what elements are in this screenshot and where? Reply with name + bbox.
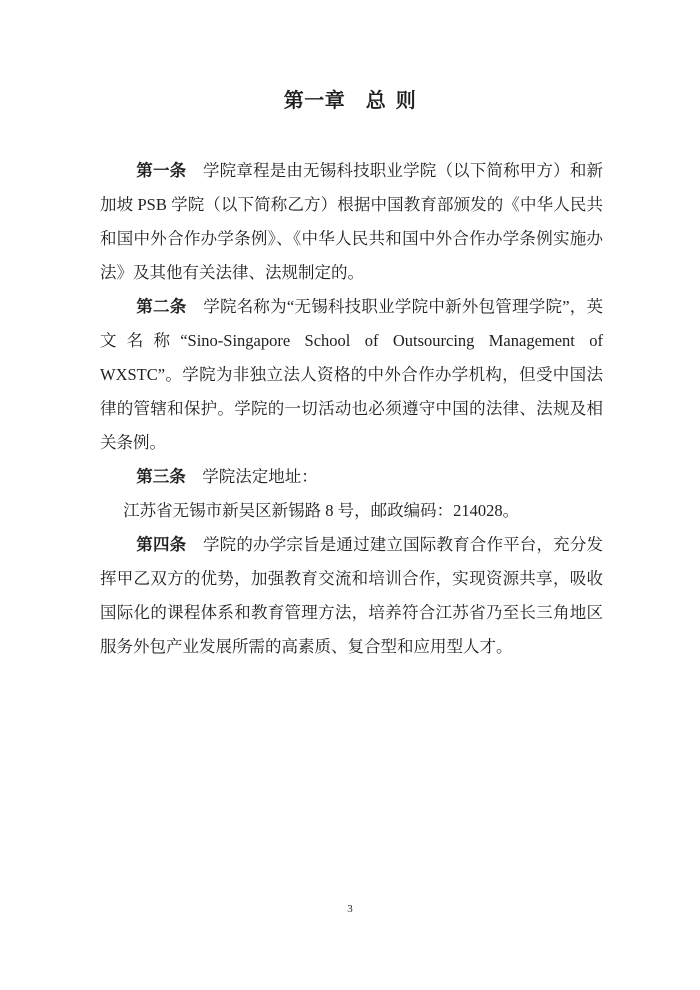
article-3-number: 第三条 — [136, 467, 186, 486]
article-1-number: 第一条 — [136, 161, 186, 180]
article-2-text: 学院名称为“无锡科技职业学院中新外包管理学院”，英文名称“Sino-Singap… — [100, 297, 603, 452]
page-number: 3 — [0, 902, 700, 916]
article-3-text: 学院法定地址： — [186, 467, 318, 486]
article-2-paragraph: 第二条 学院名称为“无锡科技职业学院中新外包管理学院”，英文名称“Sino-Si… — [100, 290, 603, 460]
document-page: 第一章 总 则 第一条 学院章程是由无锡科技职业学院（以下简称甲方）和新加坡 P… — [0, 0, 700, 990]
legal-address-line: 江苏省无锡市新吴区新锡路 8 号，邮政编码：214028。 — [100, 494, 603, 528]
article-2-number: 第二条 — [136, 297, 186, 316]
chapter-title: 第一章 总 则 — [0, 88, 700, 114]
article-4-paragraph: 第四条 学院的办学宗旨是通过建立国际教育合作平台，充分发挥甲乙双方的优势，加强教… — [100, 528, 603, 664]
document-body: 第一条 学院章程是由无锡科技职业学院（以下简称甲方）和新加坡 PSB 学院（以下… — [100, 154, 603, 664]
article-4-number: 第四条 — [136, 535, 186, 554]
article-1-paragraph: 第一条 学院章程是由无锡科技职业学院（以下简称甲方）和新加坡 PSB 学院（以下… — [100, 154, 603, 290]
article-3-paragraph: 第三条 学院法定地址： — [100, 460, 603, 494]
